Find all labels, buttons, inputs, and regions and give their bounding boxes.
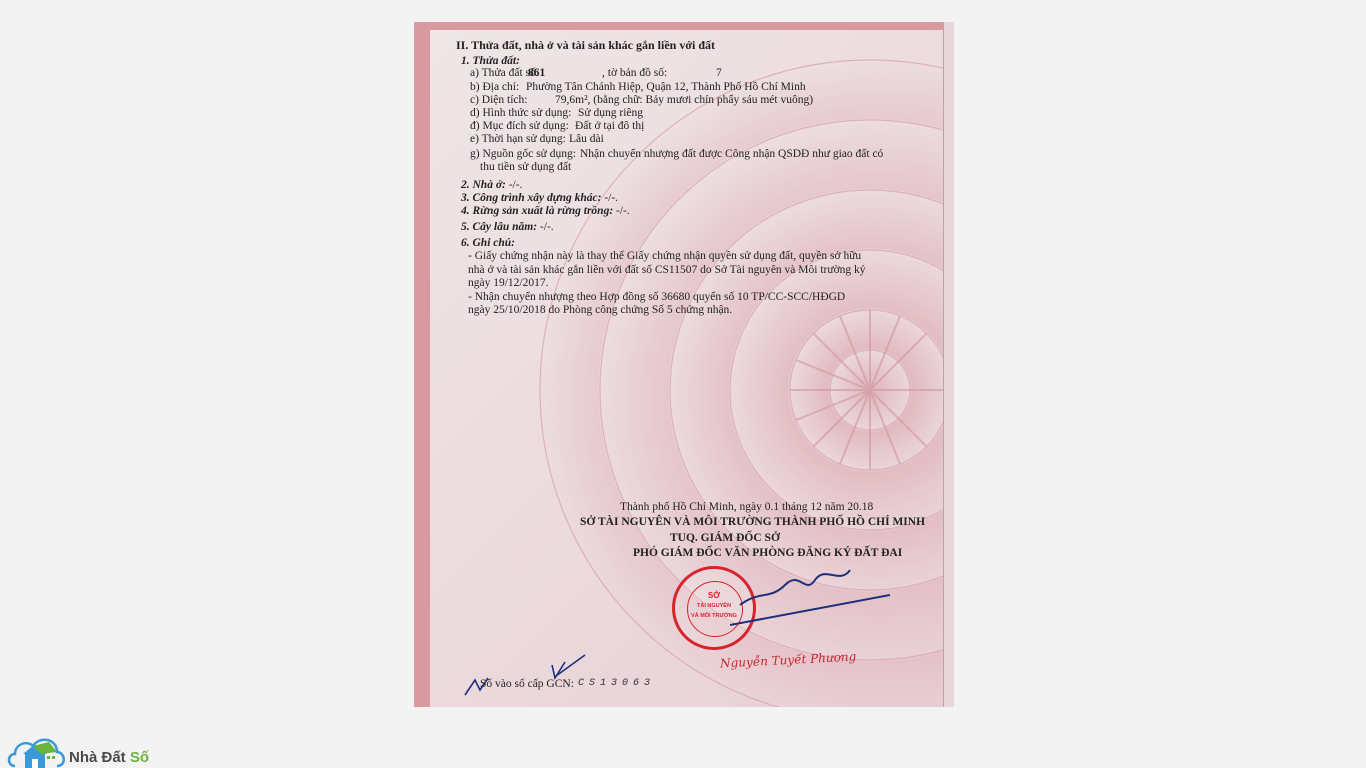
page-edge — [943, 22, 954, 707]
certificate-page: II. Thửa đất, nhà ở và tài sản khác gắn … — [430, 30, 950, 707]
notes-heading: 6. Ghi chú: — [461, 236, 515, 250]
registry-label: Số vào sổ cấp GCN: — [480, 677, 574, 691]
usage-term-label: e) Thời hạn sử dụng: — [470, 132, 566, 146]
certificate-photo: II. Thửa đất, nhà ở và tài sản khác gắn … — [414, 22, 954, 707]
issue-date-line: Thành phố Hồ Chí Minh, ngày 0.1 tháng 12… — [620, 500, 873, 514]
area-label: c) Diện tích: — [470, 93, 527, 107]
cloud-house-icon — [5, 732, 67, 768]
usage-form-value: Sử dụng riêng — [578, 106, 643, 120]
item-house: 2. Nhà ở: -/-. — [461, 178, 522, 192]
note-line: ngày 19/12/2017. — [468, 276, 549, 290]
usage-form-label: d) Hình thức sử dụng: — [470, 106, 571, 120]
address-value: Phường Tân Chánh Hiệp, Quận 12, Thành Ph… — [526, 80, 806, 94]
on-behalf-of: TUQ. GIÁM ĐỐC SỞ — [670, 531, 780, 545]
area-value: 79,6m², (bằng chữ: Bảy mươi chín phẩy sá… — [555, 93, 813, 107]
issuing-authority: SỞ TÀI NGUYÊN VÀ MÔI TRƯỜNG THÀNH PHỐ HỒ… — [580, 515, 925, 529]
usage-purpose-label: đ) Mục đích sử dụng: — [470, 119, 569, 133]
origin-label: g) Nguồn gốc sử dụng: — [470, 147, 576, 161]
item-other-construction: 3. Công trình xây dựng khác: -/-. — [461, 191, 618, 205]
address-label: b) Địa chỉ: — [470, 80, 519, 94]
origin-value-line1: Nhận chuyển nhượng đất được Công nhận QS… — [580, 147, 883, 161]
registry-number: CS13063 — [578, 677, 655, 691]
item-planted-forest: 4. Rừng sản xuất là rừng trồng: -/-. — [461, 204, 630, 218]
signer-name: Nguyễn Tuyết Phương — [720, 649, 857, 670]
origin-value-line2: thu tiền sử dụng đất — [480, 160, 571, 174]
note-line: - Giấy chứng nhận này là thay thế Giấy c… — [468, 249, 861, 263]
item-perennial-trees: 5. Cây lâu năm: -/-. — [461, 220, 554, 234]
handwritten-check-mark — [460, 650, 590, 700]
parcel-number-value: 861 — [528, 66, 545, 80]
section-title: II. Thửa đất, nhà ở và tài sản khác gắn … — [456, 38, 715, 52]
note-line: - Nhận chuyển nhượng theo Hợp đồng số 36… — [468, 290, 845, 304]
signature-scribble — [730, 560, 900, 630]
note-line: nhà ở và tài sản khác gắn liền với đất s… — [468, 263, 866, 277]
signer-position: PHÓ GIÁM ĐỐC VĂN PHÒNG ĐĂNG KÝ ĐẤT ĐAI — [633, 546, 902, 560]
brand-name: Nhà Đất Số — [69, 749, 149, 766]
usage-purpose-value: Đất ở tại đô thị — [575, 119, 644, 133]
note-line: ngày 25/10/2018 do Phòng công chứng Số 5… — [468, 303, 732, 317]
usage-term-value: Lâu dài — [569, 132, 604, 146]
map-sheet-label: , tờ bản đồ số: — [602, 66, 667, 80]
map-sheet-value: 7 — [716, 66, 722, 80]
brand-logo: Nhà Đất Số — [5, 732, 149, 768]
